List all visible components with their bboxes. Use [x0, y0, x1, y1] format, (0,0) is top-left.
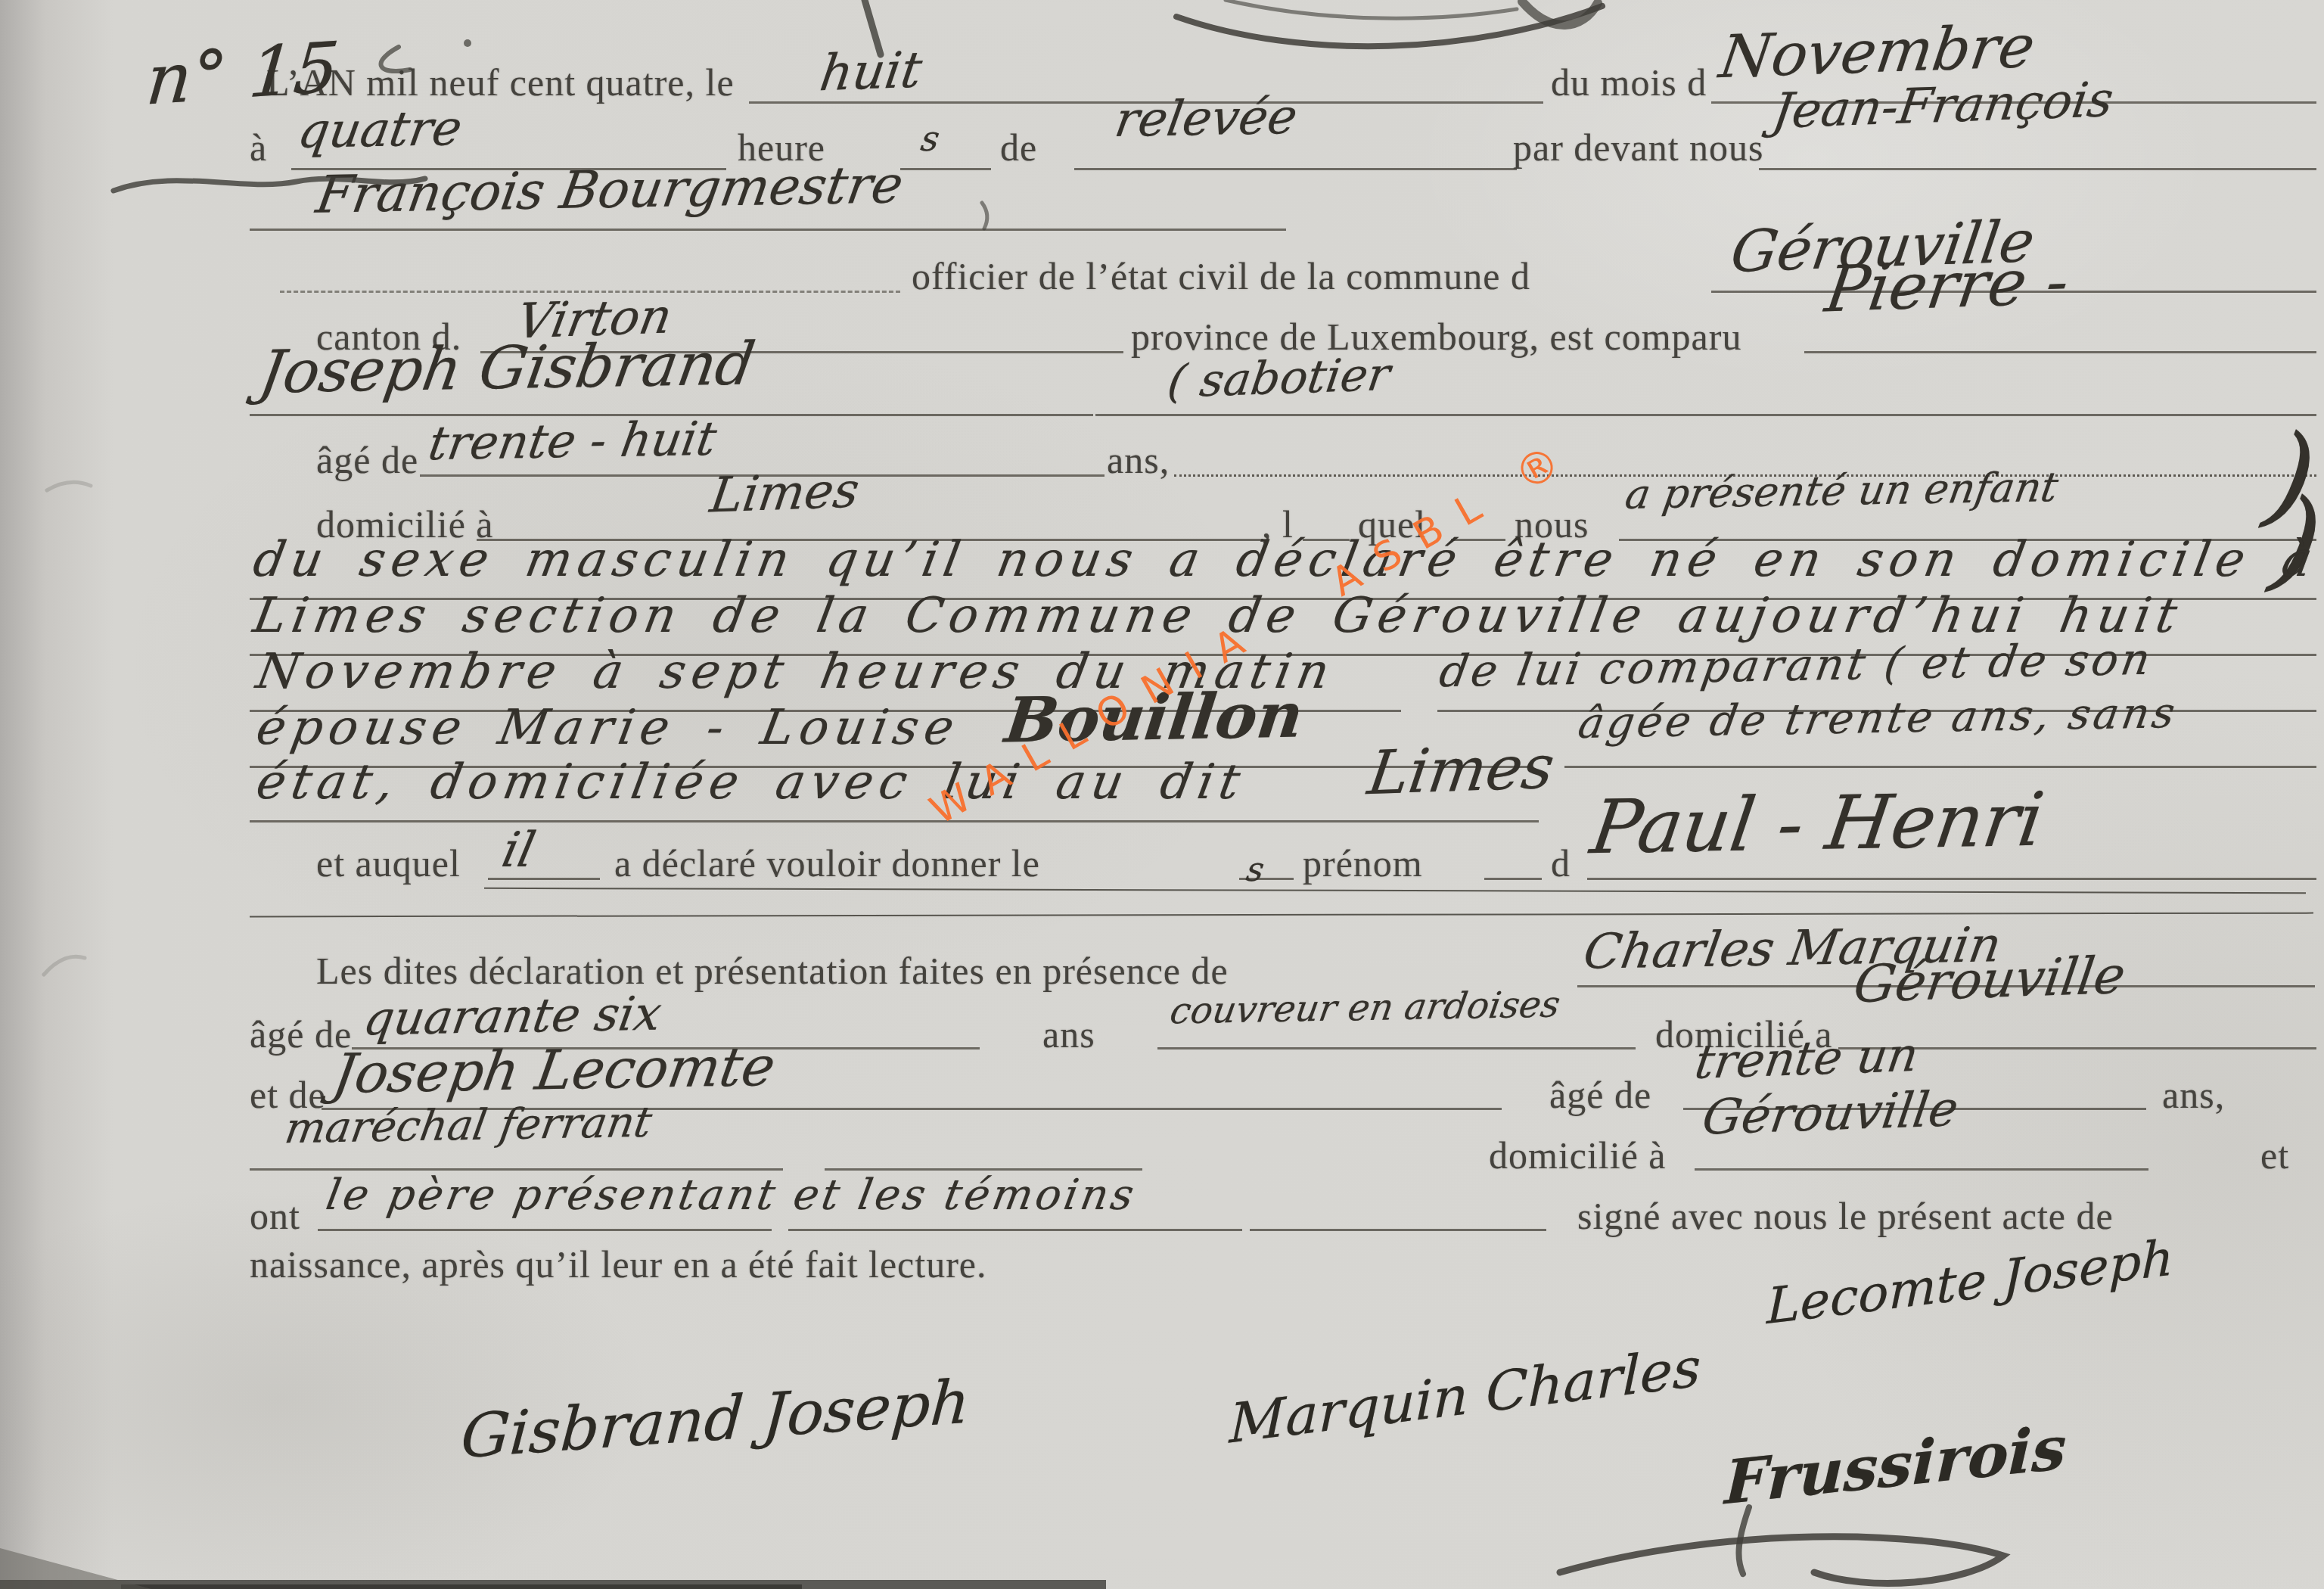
separator-line — [484, 888, 2306, 894]
printed-text: Les dites déclaration et présentation fa… — [316, 952, 1229, 990]
printed-text: ans, — [2162, 1076, 2225, 1114]
handwritten-mother-line: épouse Marie - Louise — [253, 704, 963, 752]
handwritten-birth-declaration-4: de lui comparant ( et de son — [1437, 637, 2156, 693]
printed-text: de — [1000, 129, 1037, 166]
signature-marquin: Marquin Charles — [1229, 1340, 1701, 1451]
ruled-line — [318, 1229, 772, 1231]
ruled-line — [1759, 168, 2316, 170]
registered-trademark-icon: ® — [1505, 435, 1569, 502]
printed-text: ont — [250, 1197, 300, 1235]
ruled-line — [1587, 878, 2316, 880]
handwritten-hour: quatre — [295, 104, 465, 156]
printed-text: et auquel — [316, 844, 461, 882]
handwritten-declarant-firstname: Pierre - — [1822, 249, 2073, 321]
printed-text: prénom — [1303, 844, 1423, 882]
handwritten-il: il — [498, 826, 539, 875]
handwritten-witness2-name: Joseph Lecomte — [329, 1039, 778, 1101]
printed-text: âgé de — [1549, 1076, 1651, 1114]
handwritten-day: huit — [817, 45, 925, 99]
handwritten-witness1-age: quarante six — [361, 990, 665, 1043]
handwritten-witness2-occupation: maréchal ferrant — [282, 1102, 655, 1150]
ruled-line — [1095, 414, 2316, 416]
ruled-line — [1804, 351, 2316, 353]
ruled-line — [1250, 1229, 1546, 1231]
printed-text: officier de l’état civil de la commune d — [912, 257, 1530, 295]
handwritten-witness2-residence: Gérouville — [1700, 1085, 1962, 1143]
printed-text: domicilié à — [1489, 1137, 1667, 1174]
handwritten-declarant-occupation: ( sabotier — [1165, 352, 1393, 405]
handwritten-plural-s: s — [1244, 854, 1267, 887]
printed-text: et — [2260, 1137, 2289, 1174]
handwritten-witness1-residence: Gérouville — [1850, 950, 2128, 1011]
printed-text: par devant nous — [1513, 129, 1764, 166]
ruled-line — [1157, 1047, 1636, 1049]
printed-text: naissance, après qu’il leur en a été fai… — [250, 1245, 987, 1283]
ruled-line — [1695, 1168, 2148, 1171]
ruled-line — [788, 1229, 1242, 1231]
handwritten-witness1-occupation: couvreur en ardoises — [1167, 987, 1562, 1030]
ruled-line — [1074, 168, 1517, 170]
ruled-line — [1564, 766, 2316, 768]
ruled-line — [900, 168, 991, 170]
printed-text: du mois d — [1551, 64, 1707, 101]
birth-record-scan: L’AN mil neuf cent quatre, le du mois d … — [0, 0, 2324, 1589]
scan-edge-shadow — [0, 1580, 1106, 1589]
handwritten-mother-age: âgée de trente ans, sans — [1575, 692, 2180, 745]
printed-text: d — [1551, 844, 1571, 882]
signature-lecomte: Lecomte Joseph — [1766, 1233, 2174, 1332]
handwritten-officer-name: François Bourgmestre — [312, 160, 906, 221]
printed-text: province de Luxembourg, est comparu — [1131, 318, 1741, 356]
printed-text: signé avec nous le présent acte de — [1577, 1197, 2114, 1235]
printed-text: à — [250, 129, 267, 166]
handwritten-witness2-age: trente un — [1692, 1031, 1922, 1086]
handwritten-child-names: Paul - Henri — [1586, 783, 2048, 865]
printed-text: ans — [1042, 1015, 1095, 1053]
handwritten-plural-s: s — [918, 121, 942, 156]
handwritten-declarant-name: Joseph Gisbrand — [256, 334, 759, 402]
printed-text: âgé de — [250, 1015, 352, 1053]
handwritten-period: relevée — [1112, 93, 1301, 145]
signature-officer: Frussirois — [1724, 1417, 2068, 1513]
signature-gisbrand: Gisbrand Joseph — [459, 1372, 972, 1467]
ruled-line — [250, 229, 1286, 231]
handwritten-officer-firstname: Jean-François — [1769, 76, 2116, 136]
handwritten-declarant-residence: Limes — [707, 467, 862, 521]
page-corner-shadow — [0, 1548, 151, 1589]
handwritten-presentation: a présenté un enfant — [1623, 467, 2061, 515]
handwritten-mother-residence: Limes — [1365, 737, 1558, 804]
ruled-line — [1484, 878, 1542, 880]
handwritten-signers: le père présentant et les témoins — [323, 1174, 1140, 1217]
handwritten-declarant-age: trente - huit — [426, 415, 720, 468]
printed-text: âgé de — [316, 441, 418, 479]
printed-text: ans, — [1107, 441, 1170, 479]
